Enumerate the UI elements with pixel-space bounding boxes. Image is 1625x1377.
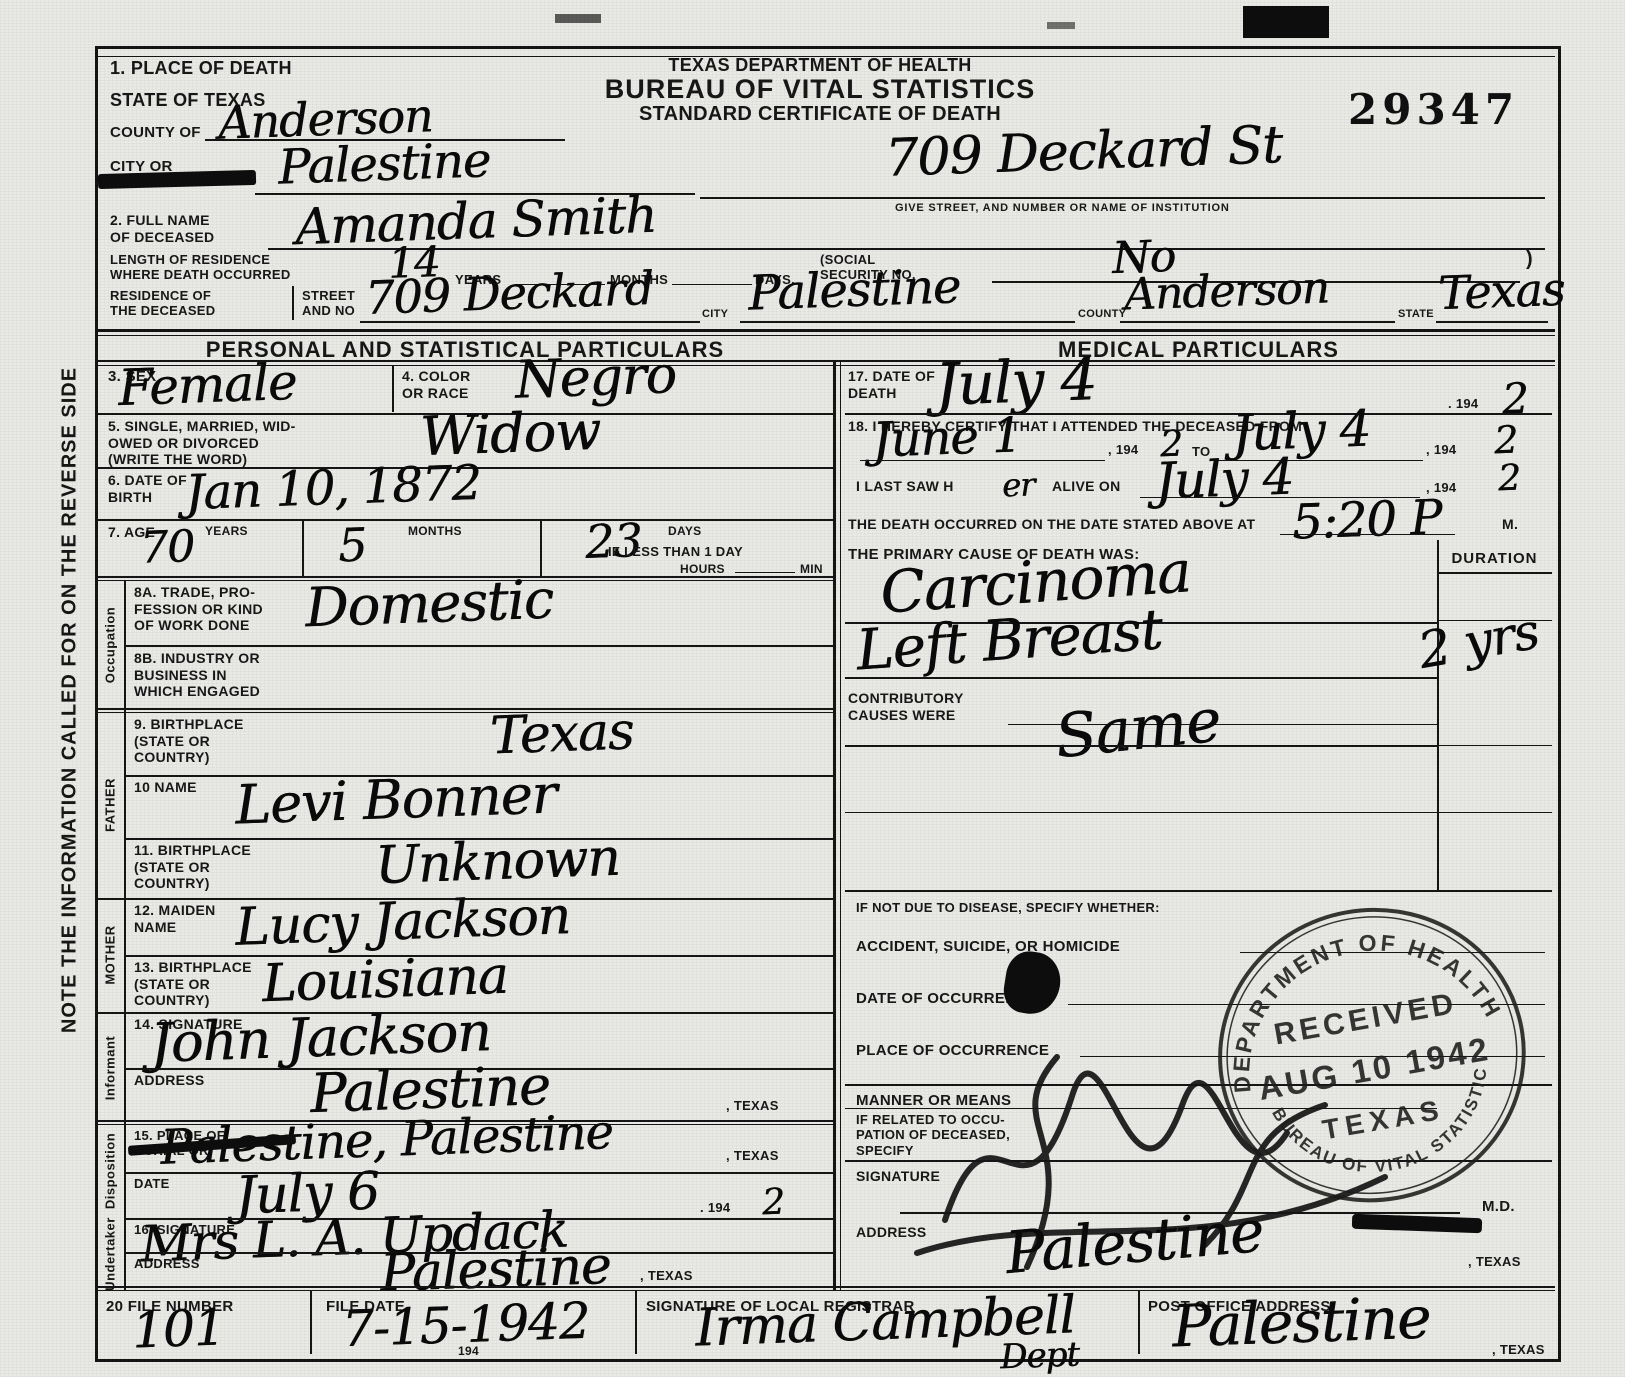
reverse-side-note: NOTE THE INFORMATION CALLED FOR ON THE R… [59, 367, 82, 1033]
father-name-value: Levi Bonner [234, 762, 557, 836]
rule [1437, 745, 1552, 746]
post-office-address-value: Palestine [1171, 1284, 1431, 1361]
industry-label: 8B. INDUSTRY OR BUSINESS IN WHICH ENGAGE… [134, 650, 260, 700]
dob-label: 6. DATE OF BIRTH [108, 472, 187, 505]
death-occurred-label: THE DEATH OCCURRED ON THE DATE STATED AB… [848, 516, 1255, 533]
printed-194-small: 194 [458, 1344, 479, 1358]
rule [635, 1290, 637, 1354]
registrar-note-value: Dept [999, 1335, 1079, 1377]
trade-value: Domestic [304, 568, 554, 640]
rule [292, 286, 294, 320]
attended-to-year-digit: 2 [1493, 418, 1518, 463]
rule [360, 321, 700, 323]
contributory-label: CONTRIBUTORY CAUSES WERE [848, 690, 964, 723]
informant-address-label: ADDRESS [134, 1072, 205, 1089]
rule [845, 812, 1437, 813]
disposition-section-label: Disposition [103, 1133, 118, 1209]
marital-label: 5. SINGLE, MARRIED, WID- OWED OR DIVORCE… [108, 418, 296, 468]
rule [124, 645, 835, 647]
rule [845, 745, 1437, 747]
length-of-residence-label: LENGTH OF RESIDENCE WHERE DEATH OCCURRED [110, 252, 291, 283]
residence-state-value: Texas [1437, 262, 1565, 320]
rule [392, 366, 394, 412]
rule [860, 460, 1105, 461]
birthplace-label: 9. BIRTHPLACE (STATE OR COUNTRY) [134, 716, 244, 766]
scan-artifact [555, 14, 601, 23]
rule [95, 329, 1555, 332]
rule [95, 708, 835, 710]
residence-of-deceased-label: RESIDENCE OF THE DECEASED [110, 288, 215, 319]
alive-on-label: ALIVE ON [1052, 478, 1121, 495]
age-days-value: 23 [584, 513, 642, 569]
her-value: er [1001, 465, 1035, 504]
birthplace-value: Texas [489, 702, 634, 767]
city-small-label: CITY [702, 308, 728, 321]
physician-address-label: ADDRESS [856, 1224, 927, 1241]
rule [124, 1172, 835, 1174]
undertaker-address-label: ADDRESS [134, 1256, 200, 1271]
last-saw-year-digit: 2 [1497, 458, 1520, 500]
informant-section-label: Informant [103, 1036, 118, 1100]
mother-section-label: MOTHER [103, 925, 118, 984]
county-small-label: COUNTY [1078, 308, 1126, 321]
rule [268, 248, 1545, 250]
last-saw-date-value: July 4 [1154, 448, 1294, 511]
maiden-name-label: 12. MAIDEN NAME [134, 902, 216, 935]
duration-label: DURATION [1437, 550, 1552, 568]
file-number-value: 101 [131, 1298, 225, 1359]
rule [740, 321, 1075, 323]
death-certificate-scan: NOTE THE INFORMATION CALLED FOR ON THE R… [0, 0, 1625, 1377]
certificate-title: STANDARD CERTIFICATE OF DEATH [560, 103, 1080, 127]
age-months-label: MONTHS [408, 524, 462, 538]
texas-suffix: , TEXAS [726, 1098, 779, 1113]
county-label: COUNTY OF [110, 124, 201, 142]
death-year-digit: 2 [1501, 374, 1528, 424]
received-stamp: DEPARTMENT OF HEALTH BUREAU OF VITAL STA… [1174, 861, 1572, 1251]
full-name-label: 2. FULL NAME OF DECEASED [110, 212, 214, 245]
rule [1437, 540, 1439, 890]
age-years-value: 70 [139, 521, 195, 574]
rule [1120, 321, 1395, 323]
rule [124, 580, 126, 1290]
rule [310, 1290, 312, 1354]
state-small-label: STATE [1398, 308, 1434, 321]
rule [95, 712, 835, 713]
residence-city-value: Palestine [747, 258, 961, 321]
hours-label: HOURS [680, 562, 725, 576]
age-months-value: 5 [337, 518, 367, 573]
scan-artifact [1047, 22, 1075, 29]
texas-suffix: , TEXAS [1492, 1342, 1545, 1357]
svg-text:TEXAS: TEXAS [1320, 1094, 1447, 1146]
rule [95, 335, 1555, 336]
rule [845, 677, 1437, 679]
texas-suffix: , TEXAS [726, 1148, 779, 1163]
printed-194: . 194 [1448, 396, 1478, 411]
bureau-title: BUREAU OF VITAL STATISTICS [530, 74, 1110, 106]
race-label: 4. COLOR OR RACE [402, 368, 471, 401]
rule [1437, 812, 1552, 813]
certificate-serial-number: 29347 [1348, 85, 1519, 134]
burial-date-label: DATE [134, 1176, 170, 1191]
rule [302, 519, 304, 578]
father-birthplace-label: 11. BIRTHPLACE (STATE OR COUNTRY) [134, 842, 251, 892]
rule [95, 519, 835, 521]
not-disease-label: IF NOT DUE TO DISEASE, SPECIFY WHETHER: [856, 900, 1160, 915]
scan-artifact [1243, 6, 1329, 38]
trade-label: 8A. TRADE, PRO- FESSION OR KIND OF WORK … [134, 584, 263, 634]
father-birthplace-value: Unknown [374, 828, 621, 897]
printed-194: . 194 [700, 1200, 730, 1215]
residence-street-value: 709 Deckard [364, 261, 654, 325]
texas-suffix: , TEXAS [1468, 1254, 1521, 1269]
rule [95, 365, 1555, 366]
mother-birthplace-label: 13. BIRTHPLACE (STATE OR COUNTRY) [134, 959, 252, 1009]
rule [95, 360, 1555, 362]
meridiem-label: M. [1502, 516, 1518, 533]
printed-194: , 194 [1108, 442, 1138, 457]
rule [833, 360, 836, 1290]
undertaker-section-label: Undertaker [103, 1217, 118, 1291]
occupation-section-label: Occupation [103, 607, 118, 684]
last-saw-label: I LAST SAW H [856, 478, 954, 495]
age-years-label: YEARS [205, 524, 248, 538]
rule [1280, 534, 1455, 535]
texas-suffix: , TEXAS [640, 1268, 693, 1283]
street-caption: GIVE STREET, AND NUMBER OR NAME OF INSTI… [895, 202, 1230, 215]
maiden-name-value: Lucy Jackson [234, 886, 571, 958]
rule [1436, 321, 1548, 323]
time-of-death-value: 5:20 P [1291, 489, 1442, 550]
city-value: Palestine [277, 132, 491, 195]
dob-value: Jan 10, 1872 [184, 455, 482, 521]
father-section-label: FATHER [103, 778, 118, 832]
printed-194: , 194 [1426, 442, 1456, 457]
rule [1437, 572, 1552, 574]
age-days-label: DAYS [668, 524, 701, 538]
rule [840, 360, 841, 1290]
street-and-no-label: STREET AND NO [302, 288, 355, 319]
min-label: MIN [800, 562, 823, 576]
rule [735, 572, 795, 573]
rule [1138, 1290, 1140, 1354]
rule [700, 197, 1545, 199]
father-name-label: 10 NAME [134, 779, 197, 796]
residence-county-value: Anderson [1123, 262, 1329, 320]
place-of-death-label: 1. PLACE OF DEATH [110, 58, 292, 79]
date-of-death-label: 17. DATE OF DEATH [848, 368, 935, 401]
rule [672, 284, 752, 285]
if-less-than-day-label: IF LESS THAN 1 DAY [608, 544, 743, 559]
accident-suicide-label: ACCIDENT, SUICIDE, OR HOMICIDE [856, 938, 1120, 956]
sex-value: Female [117, 353, 297, 417]
